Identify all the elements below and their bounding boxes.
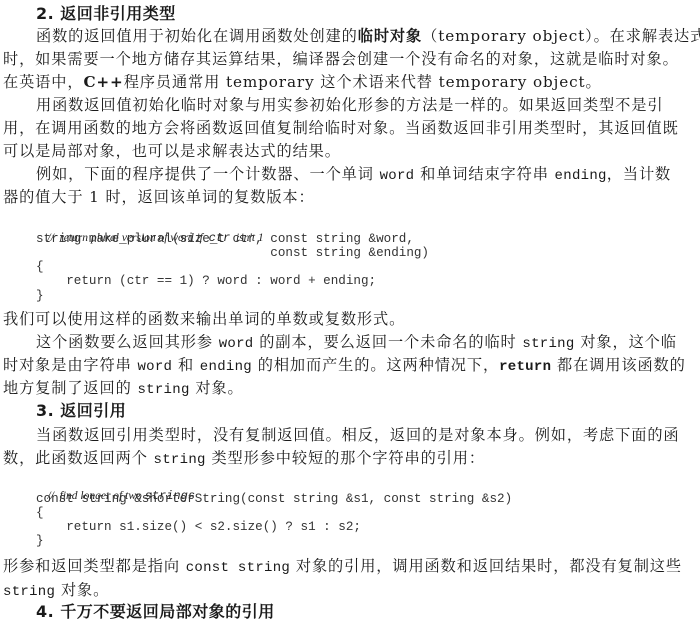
inline-code: return (499, 359, 551, 375)
code-line: { (36, 506, 44, 520)
text: 例如，下面的程序提供了一个计数器、一个单词 (36, 165, 380, 183)
bold-term: 临时对象 (358, 27, 422, 45)
section-heading-2: 2. 返回非引用类型 (36, 4, 176, 24)
code-line: } (36, 534, 44, 548)
text: 的副本，要么返回一个未命名的临时 (254, 333, 523, 351)
section-heading-4: 4. 千万不要返回局部对象的引用 (36, 602, 275, 622)
paragraph-line: 用函数返回值初始化临时对象与用实参初始化形参的方法是一样的。如果返回类型不是引 (36, 95, 663, 115)
code-line: return (ctr == 1) ? word : word + ending… (36, 274, 376, 288)
inline-code: string (3, 584, 55, 600)
text: 对象，这个临 (575, 333, 677, 351)
inline-code: string (522, 336, 574, 352)
bold-term: C++ (83, 73, 123, 91)
text: 和单词结束字符串 (414, 165, 554, 183)
text: 都在调用该函数的 (551, 356, 685, 374)
paragraph-line: 数，此函数返回两个 string 类型形参中较短的那个字符串的引用： (3, 448, 485, 470)
text: ，当计数 (607, 165, 671, 183)
text: 时对象是由字符串 (3, 356, 137, 374)
text: 这个函数要么返回其形参 (36, 333, 219, 351)
paragraph-line: 形参和返回类型都是指向 const string 对象的引用，调用函数和返回结果… (3, 556, 682, 578)
paragraph-line: 可以是局部对象，也可以是求解表达式的结果。 (3, 141, 341, 161)
text: 程序员通常用 temporary 这个术语来代替 temporary objec… (124, 73, 602, 91)
inline-code: ending (200, 359, 252, 375)
paragraph-line: 时，如果需要一个地方储存其运算结果，编译器会创建一个没有命名的对象，这就是临时对… (3, 49, 679, 69)
text: 类型形参中较短的那个字符串的引用： (206, 449, 485, 467)
inline-code: word (380, 168, 415, 184)
paragraph-line: 例如，下面的程序提供了一个计数器、一个单词 word 和单词结束字符串 endi… (36, 164, 671, 186)
paragraph-line: 在英语中，C++程序员通常用 temporary 这个术语来代替 tempora… (3, 72, 602, 92)
text: 数，此函数返回两个 (3, 449, 154, 467)
paragraph-line: 这个函数要么返回其形参 word 的副本，要么返回一个未命名的临时 string… (36, 332, 677, 354)
code-line: const string &ending) (36, 246, 429, 260)
paragraph-line: 地方复制了返回的 string 对象。 (3, 378, 244, 400)
text: 的相加而产生的。这两种情况下， (252, 356, 499, 374)
text: 形参和返回类型都是指向 (3, 557, 186, 575)
code-line: return s1.size() < s2.size() ? s1 : s2; (36, 520, 361, 534)
inline-code: string (137, 382, 189, 398)
code-line: { (36, 260, 44, 274)
inline-code: word (219, 336, 254, 352)
paragraph-line: 函数的返回值用于初始化在调用函数处创建的临时对象（temporary objec… (36, 26, 700, 46)
paragraph-line: 时对象是由字符串 word 和 ending 的相加而产生的。这两种情况下，re… (3, 355, 686, 377)
book-page: 2. 返回非引用类型 函数的返回值用于初始化在调用函数处创建的临时对象（temp… (0, 0, 700, 624)
section-heading-3: 3. 返回引用 (36, 401, 126, 421)
text: 对象。 (55, 581, 109, 599)
paragraph-line: 我们可以使用这样的函数来输出单词的单数或复数形式。 (3, 309, 405, 329)
paragraph-line: 用，在调用函数的地方会将函数返回值复制给临时对象。当函数返回非引用类型时，其返回… (3, 118, 679, 138)
inline-code: ending (555, 168, 607, 184)
code-line: string make_plural(size_t ctr, const str… (36, 232, 414, 246)
paragraph-line: 当函数返回引用类型时，没有复制返回值。相反，返回的是对象本身。例如，考虑下面的函 (36, 425, 680, 445)
inline-code: string (154, 452, 206, 468)
text: 函数的返回值用于初始化在调用函数处创建的 (36, 27, 358, 45)
inline-code: const string (186, 560, 290, 576)
text: 在英语中， (3, 73, 83, 91)
paragraph-line: string 对象。 (3, 580, 109, 602)
code-line: } (36, 289, 44, 303)
text: 地方复制了返回的 (3, 379, 137, 397)
text: 和 (172, 356, 200, 374)
text: 对象的引用，调用函数和返回结果时，都没有复制这些 (290, 557, 682, 575)
inline-code: word (137, 359, 172, 375)
code-line: const string &shorterString(const string… (36, 492, 512, 506)
text: （temporary object）。在求解表达式 (422, 27, 700, 45)
paragraph-line: 器的值大于 1 时，返回该单词的复数版本： (3, 187, 315, 207)
text: 对象。 (190, 379, 244, 397)
